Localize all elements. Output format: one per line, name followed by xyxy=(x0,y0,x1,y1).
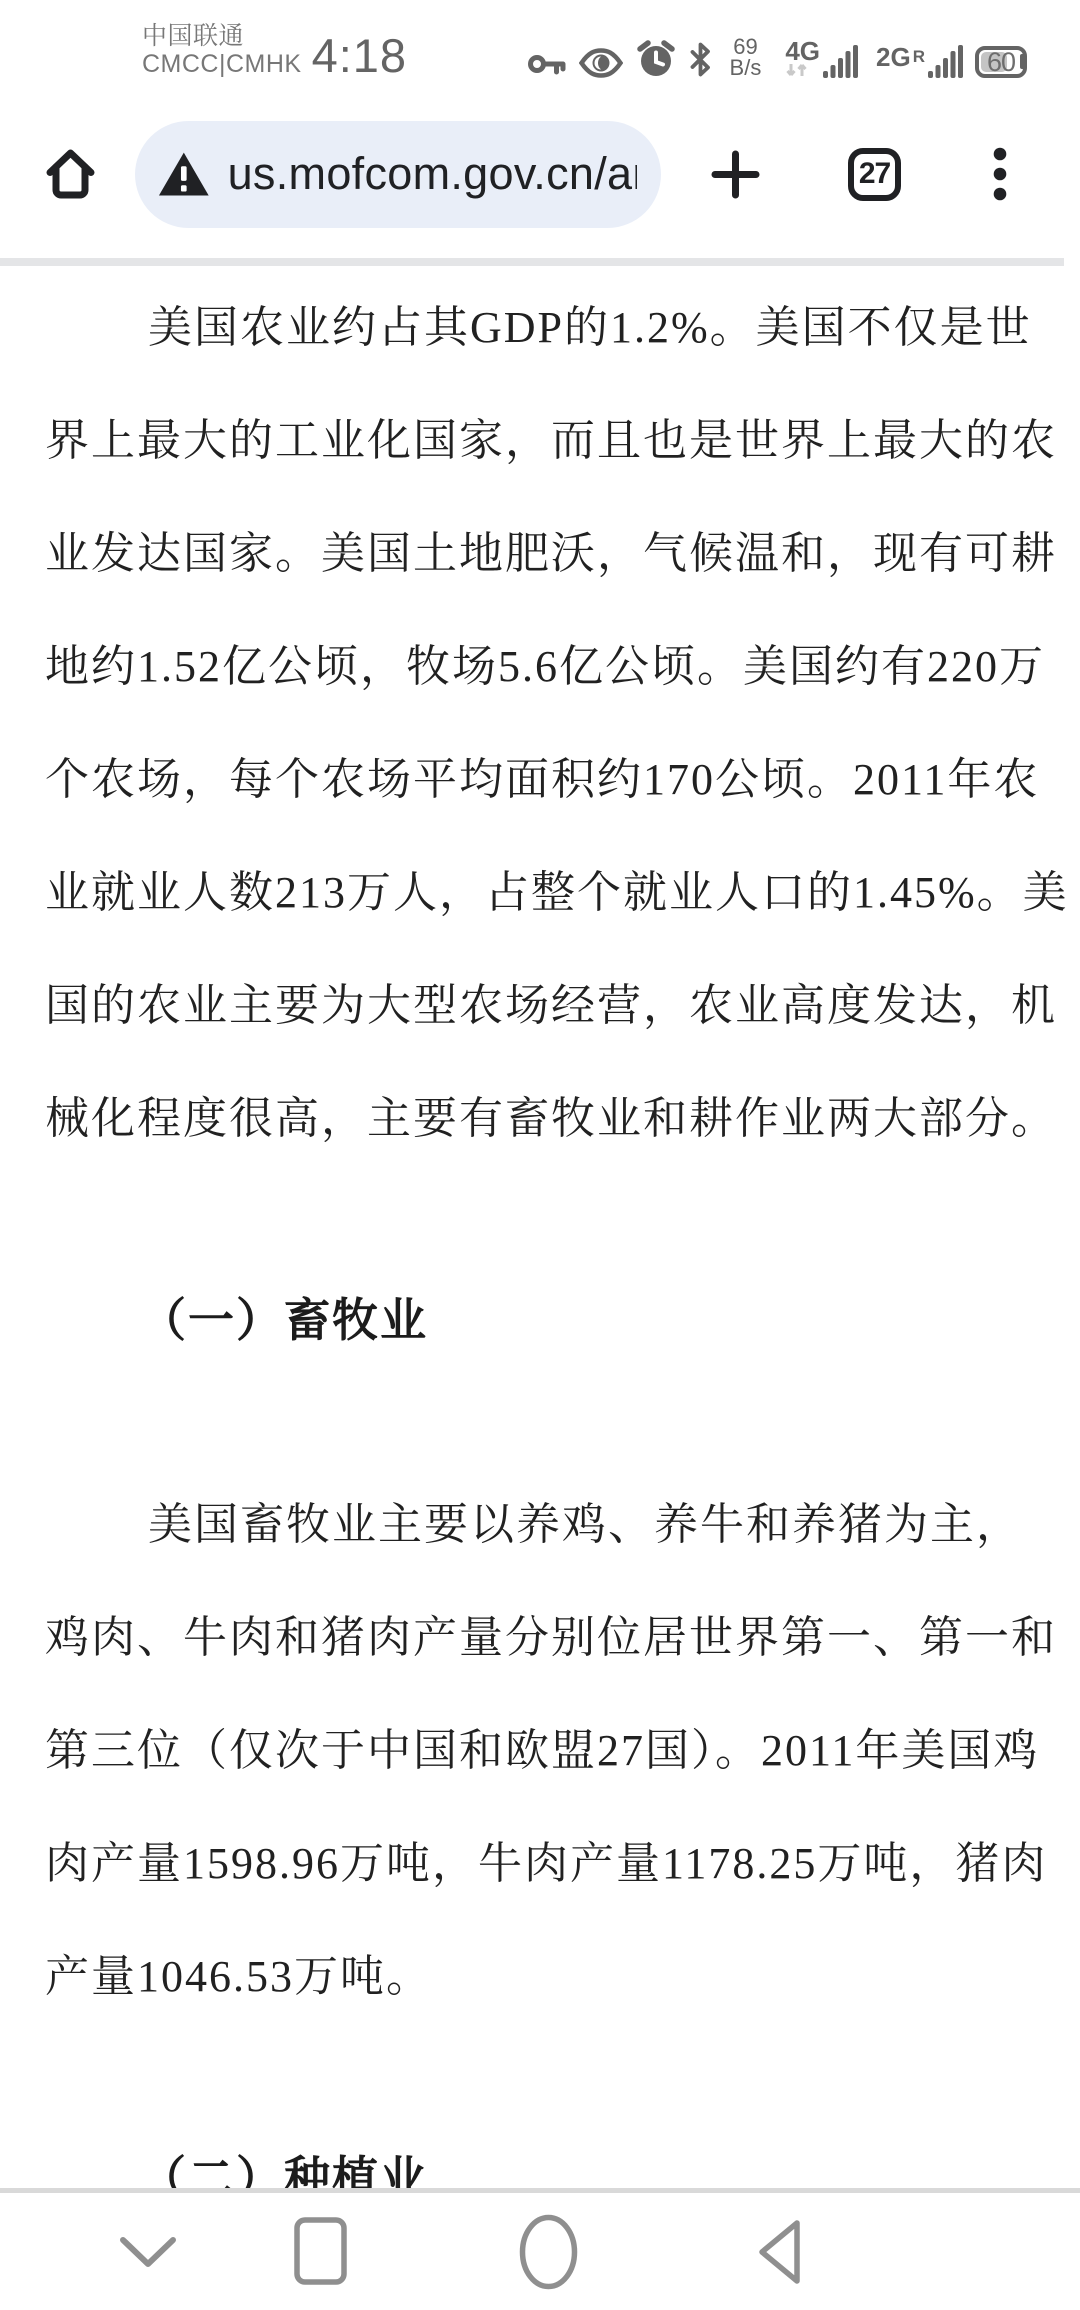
text-line: 界上最大的工业化国家，而且也是世界上最大的农 xyxy=(0,379,1080,492)
recents-button[interactable] xyxy=(294,2217,347,2290)
network-speed-value: 69 xyxy=(733,36,757,57)
phone-screen: 中国联通 CMCC|CMHK 4:18 xyxy=(0,0,1080,2310)
status-left: 中国联通 CMCC|CMHK 4:18 xyxy=(142,22,407,78)
signal-bars-icon xyxy=(928,45,963,78)
tab-count: 27 xyxy=(859,157,890,191)
alarm-clock-icon xyxy=(635,40,677,78)
roaming-indicator: R xyxy=(913,47,925,66)
home-circle-icon xyxy=(519,2214,578,2290)
text-line: 第三位（仅次于中国和欧盟27国）。2011年美国鸡 xyxy=(0,1689,1080,1802)
carrier-line1: 中国联通 xyxy=(142,22,302,50)
section-heading-livestock: （一）畜牧业 xyxy=(0,1260,1080,1373)
text-line: 产量1046.53万吨。 xyxy=(0,1915,1080,2028)
paragraph-2: 美国畜牧业主要以养鸡、养牛和养猪为主， 鸡肉、牛肉和猪肉产量分别位居世界第一、第… xyxy=(0,1463,1080,2028)
text-line: 美国农业约占其GDP的1.2%。美国不仅是世 xyxy=(0,266,1080,379)
system-navbar xyxy=(0,2188,1080,2310)
network-speed-unit: B/s xyxy=(730,57,762,78)
browser-menu-button[interactable] xyxy=(993,147,1007,201)
chevron-down-icon xyxy=(116,2233,180,2271)
text-line: 国的农业主要为大型农场经营，农业高度发达，机 xyxy=(0,944,1080,1057)
network1-label: 4G xyxy=(785,40,820,62)
text-line: 美国畜牧业主要以养鸡、养牛和养猪为主， xyxy=(0,1463,1080,1576)
status-bar: 中国联通 CMCC|CMHK 4:18 xyxy=(0,0,1080,90)
carrier-line2: CMCC|CMHK xyxy=(142,50,302,78)
text-line: 业就业人数213万人，占整个就业人口的1.45%。美 xyxy=(0,831,1080,944)
text-line: 肉产量1598.96万吨，牛肉产量1178.25万吨，猪肉 xyxy=(0,1802,1080,1915)
battery-indicator: 60 xyxy=(975,46,1026,78)
status-right: 69 B/s 4G xyxy=(528,36,1026,78)
vpn-key-icon xyxy=(528,47,567,78)
plus-icon xyxy=(709,148,762,201)
new-tab-button[interactable] xyxy=(709,148,762,201)
bluetooth-icon xyxy=(689,41,712,78)
carrier-label: 中国联通 CMCC|CMHK xyxy=(142,22,302,78)
paragraph-1: 美国农业约占其GDP的1.2%。美国不仅是世 界上最大的工业化国家，而且也是世界… xyxy=(0,266,1080,1170)
battery-percent: 60 xyxy=(987,47,1015,78)
network-speed: 69 B/s xyxy=(730,36,762,78)
battery-icon: 60 xyxy=(975,46,1027,78)
status-time: 4:18 xyxy=(312,34,407,78)
back-button[interactable] xyxy=(751,2216,807,2293)
browser-toolbar: us.mofcom.gov.cn/ar 27 xyxy=(0,90,1080,258)
text-line: 业发达国家。美国土地肥沃，气候温和，现有可耕 xyxy=(0,492,1080,605)
network2-label: 2GR xyxy=(876,46,925,68)
text-line: 个农场，每个农场平均面积约170公顷。2011年农 xyxy=(0,718,1080,831)
webpage-content: 美国农业约占其GDP的1.2%。美国不仅是世 界上最大的工业化国家，而且也是世界… xyxy=(0,266,1080,2231)
updown-arrows-icon xyxy=(785,62,811,78)
url-text: us.mofcom.gov.cn/ar xyxy=(228,148,637,200)
home-icon xyxy=(42,145,99,203)
text-line: 地约1.52亿公顷，牧场5.6亿公顷。美国约有220万 xyxy=(0,605,1080,718)
recents-square-icon xyxy=(294,2217,347,2285)
eye-comfort-icon xyxy=(579,48,623,78)
signal-2g-roaming: 2GR xyxy=(876,45,963,78)
back-triangle-icon xyxy=(751,2216,807,2288)
home-button[interactable] xyxy=(42,145,99,203)
tab-switcher-button[interactable]: 27 xyxy=(848,148,901,201)
home-nav-button[interactable] xyxy=(519,2214,578,2295)
address-bar[interactable]: us.mofcom.gov.cn/ar xyxy=(135,121,661,228)
text-line: 械化程度很高，主要有畜牧业和耕作业两大部分。 xyxy=(0,1057,1080,1170)
signal-bars-icon xyxy=(823,45,858,78)
toolbar-content-divider xyxy=(0,258,1064,266)
hide-navbar-button[interactable] xyxy=(116,2233,180,2276)
text-line: 鸡肉、牛肉和猪肉产量分别位居世界第一、第一和 xyxy=(0,1576,1080,1689)
signal-4g: 4G xyxy=(785,40,858,78)
security-warning-icon xyxy=(157,150,211,199)
kebab-menu-icon xyxy=(993,147,1007,201)
